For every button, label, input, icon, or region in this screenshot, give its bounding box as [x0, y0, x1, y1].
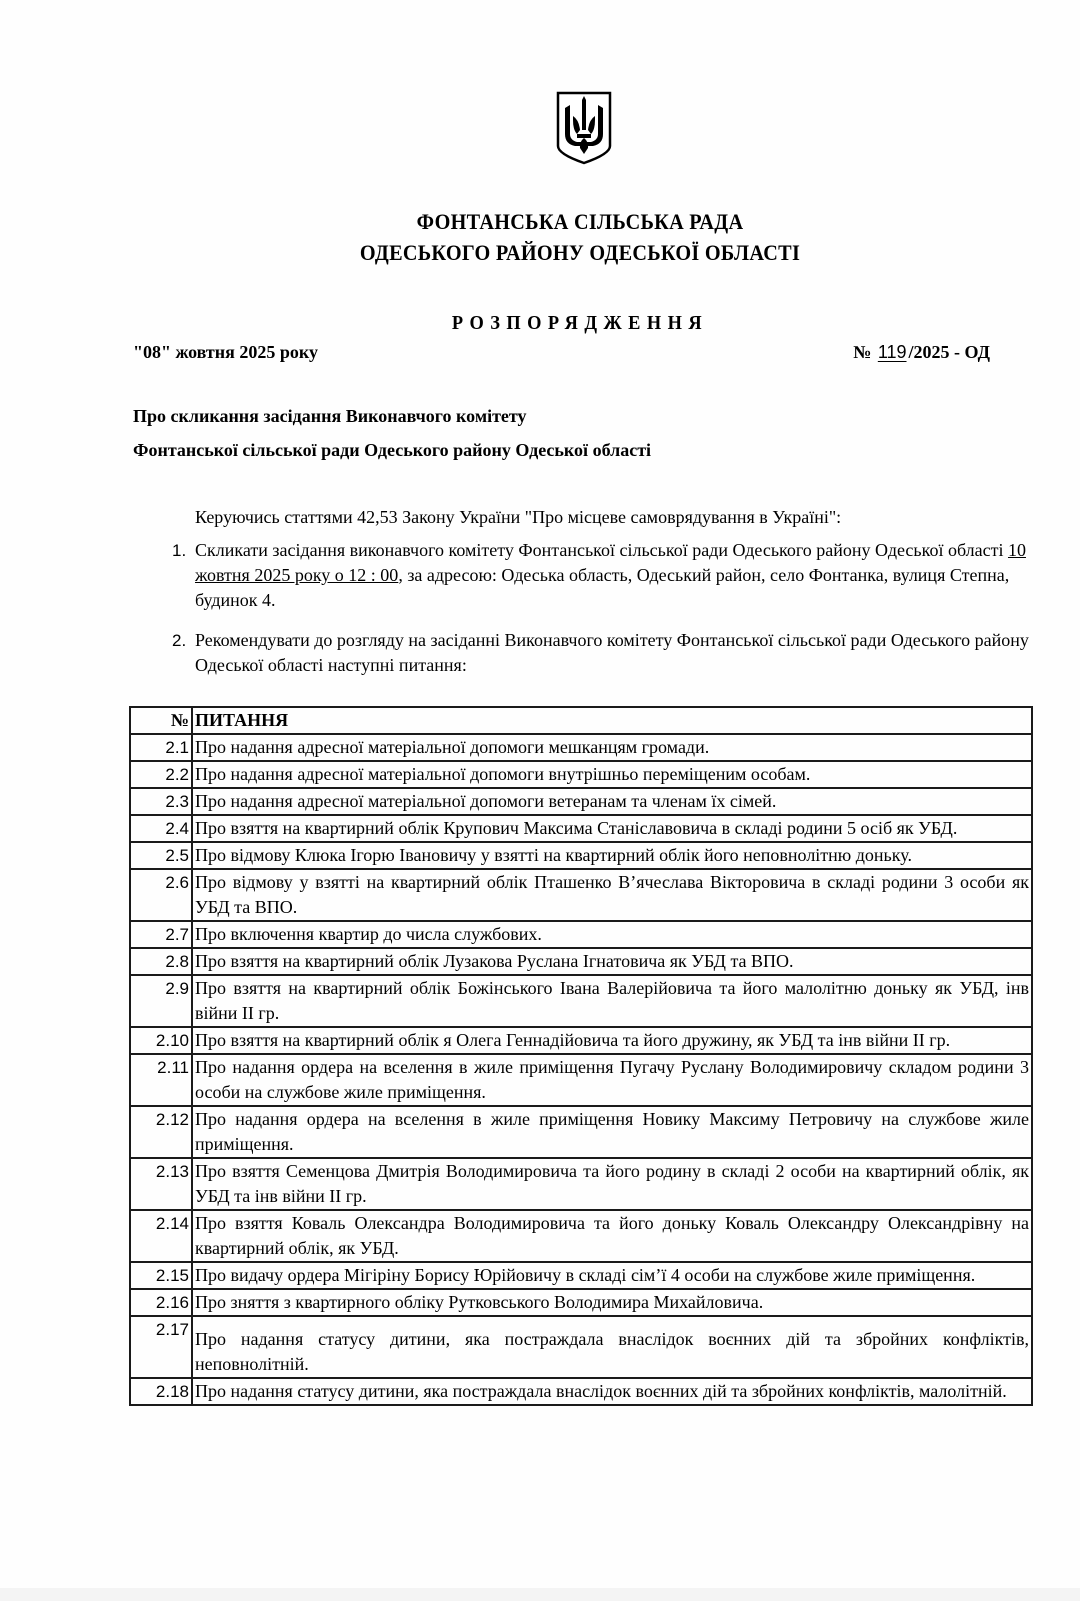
table-row: 2.10Про взяття на квартирний облік я Оле…	[130, 1027, 1032, 1054]
number-suffix: /2025 - ОД	[909, 342, 990, 362]
row-question: Про надання ордера на вселення в жиле пр…	[192, 1106, 1032, 1158]
table-row: 2.11Про надання ордера на вселення в жил…	[130, 1054, 1032, 1106]
row-number: 2.10	[130, 1027, 192, 1054]
table-row: 2.13Про взяття Семенцова Дмитрія Володим…	[130, 1158, 1032, 1210]
subject-line2: Фонтанської сільської ради Одеського рай…	[133, 440, 651, 461]
row-number: 2.8	[130, 948, 192, 975]
legal-basis-paragraph: Керуючись статтями 42,53 Закону України …	[195, 505, 841, 530]
table-row: 2.5Про відмову Клюка Ігорю Івановичу у в…	[130, 842, 1032, 869]
table-row: 2.1Про надання адресної матеріальної доп…	[130, 734, 1032, 761]
row-number: 2.11	[130, 1054, 192, 1106]
row-number: 2.9	[130, 975, 192, 1027]
row-question: Про зняття з квартирного обліку Рутковсь…	[192, 1289, 1032, 1316]
row-number: 2.16	[130, 1289, 192, 1316]
list-item-2: 2. Рекомендувати до розгляду на засіданн…	[172, 628, 1032, 678]
table-row: 2.3Про надання адресної матеріальної доп…	[130, 788, 1032, 815]
table-row: 2.8Про взяття на квартирний облік Лузако…	[130, 948, 1032, 975]
row-question: Про включення квартир до числа службових…	[192, 921, 1032, 948]
row-question: Про надання статусу дитини, яка постражд…	[192, 1316, 1032, 1378]
row-number: 2.13	[130, 1158, 192, 1210]
document-page: ФОНТАНСЬКА СІЛЬСЬКА РАДА ОДЕСЬКОГО РАЙОН…	[0, 0, 1080, 1588]
list-item-number: 2.	[172, 628, 186, 653]
row-question: Про надання адресної матеріальної допомо…	[192, 734, 1032, 761]
list-item-1: 1. Скликати засідання виконавчого коміте…	[172, 538, 1032, 613]
table-row: 2.2Про надання адресної матеріальної доп…	[130, 761, 1032, 788]
table-row: 2.6Про відмову у взятті на квартирний об…	[130, 869, 1032, 921]
row-number: 2.18	[130, 1378, 192, 1405]
row-question: Про взяття на квартирний облік Божінсько…	[192, 975, 1032, 1027]
table-row: 2.14Про взяття Коваль Олександра Володим…	[130, 1210, 1032, 1262]
row-number: 2.3	[130, 788, 192, 815]
row-question: Про надання ордера на вселення в жиле пр…	[192, 1054, 1032, 1106]
row-question: Про надання адресної матеріальної допомо…	[192, 788, 1032, 815]
document-number: № 119/2025 - ОД	[853, 342, 990, 363]
number-value: 119	[876, 342, 909, 362]
row-number: 2.12	[130, 1106, 192, 1158]
list-item-number: 1.	[172, 538, 186, 563]
row-number: 2.4	[130, 815, 192, 842]
document-type-title: РОЗПОРЯДЖЕННЯ	[46, 312, 1080, 335]
row-number: 2.14	[130, 1210, 192, 1262]
item1-text-before: Скликати засідання виконавчого комітету …	[195, 540, 1008, 560]
row-number: 2.5	[130, 842, 192, 869]
table-header-row: № ПИТАННЯ	[130, 707, 1032, 734]
row-number: 2.6	[130, 869, 192, 921]
table-row: 2.4Про взяття на квартирний облік Крупов…	[130, 815, 1032, 842]
row-question: Про відмову у взятті на квартирний облік…	[192, 869, 1032, 921]
row-question: Про взяття на квартирний облік я Олега Г…	[192, 1027, 1032, 1054]
council-name-line1: ФОНТАНСЬКА СІЛЬСЬКА РАДА	[46, 209, 1080, 235]
row-question: Про видачу ордера Мігіріну Борису Юрійов…	[192, 1262, 1032, 1289]
header-number: №	[130, 707, 192, 734]
number-prefix: №	[853, 342, 871, 362]
table-row: 2.16Про зняття з квартирного обліку Рутк…	[130, 1289, 1032, 1316]
row-question: Про відмову Клюка Ігорю Івановичу у взят…	[192, 842, 1032, 869]
row-number: 2.1	[130, 734, 192, 761]
table-row: 2.9Про взяття на квартирний облік Божінс…	[130, 975, 1032, 1027]
agenda-table: № ПИТАННЯ 2.1Про надання адресної матері…	[129, 706, 1033, 1406]
trident-coat-of-arms-icon	[555, 90, 613, 166]
table-row: 2.15Про видачу ордера Мігіріну Борису Юр…	[130, 1262, 1032, 1289]
table-row: 2.7Про включення квартир до числа службо…	[130, 921, 1032, 948]
table-row: 2.12Про надання ордера на вселення в жил…	[130, 1106, 1032, 1158]
header-question: ПИТАННЯ	[192, 707, 1032, 734]
table-row: 2.18Про надання статусу дитини, яка пост…	[130, 1378, 1032, 1405]
list-item-text: Скликати засідання виконавчого комітету …	[195, 538, 1032, 613]
row-question: Про взяття Коваль Олександра Володимиров…	[192, 1210, 1032, 1262]
row-question: Про взяття Семенцова Дмитрія Володимиров…	[192, 1158, 1032, 1210]
row-number: 2.15	[130, 1262, 192, 1289]
council-name-line2: ОДЕСЬКОГО РАЙОНУ ОДЕСЬКОЇ ОБЛАСТІ	[46, 240, 1080, 266]
subject-line1: Про скликання засідання Виконавчого комі…	[133, 406, 527, 427]
row-question: Про надання адресної матеріальної допомо…	[192, 761, 1032, 788]
row-question: Про взяття на квартирний облік Крупович …	[192, 815, 1032, 842]
row-question: Про взяття на квартирний облік Лузакова …	[192, 948, 1032, 975]
document-date: "08" жовтня 2025 року	[133, 342, 318, 363]
row-question: Про надання статусу дитини, яка постражд…	[192, 1378, 1032, 1405]
table-row: 2.17Про надання статусу дитини, яка пост…	[130, 1316, 1032, 1378]
row-number: 2.7	[130, 921, 192, 948]
row-number: 2.2	[130, 761, 192, 788]
list-item-text: Рекомендувати до розгляду на засіданні В…	[195, 628, 1032, 678]
row-number: 2.17	[130, 1316, 192, 1378]
